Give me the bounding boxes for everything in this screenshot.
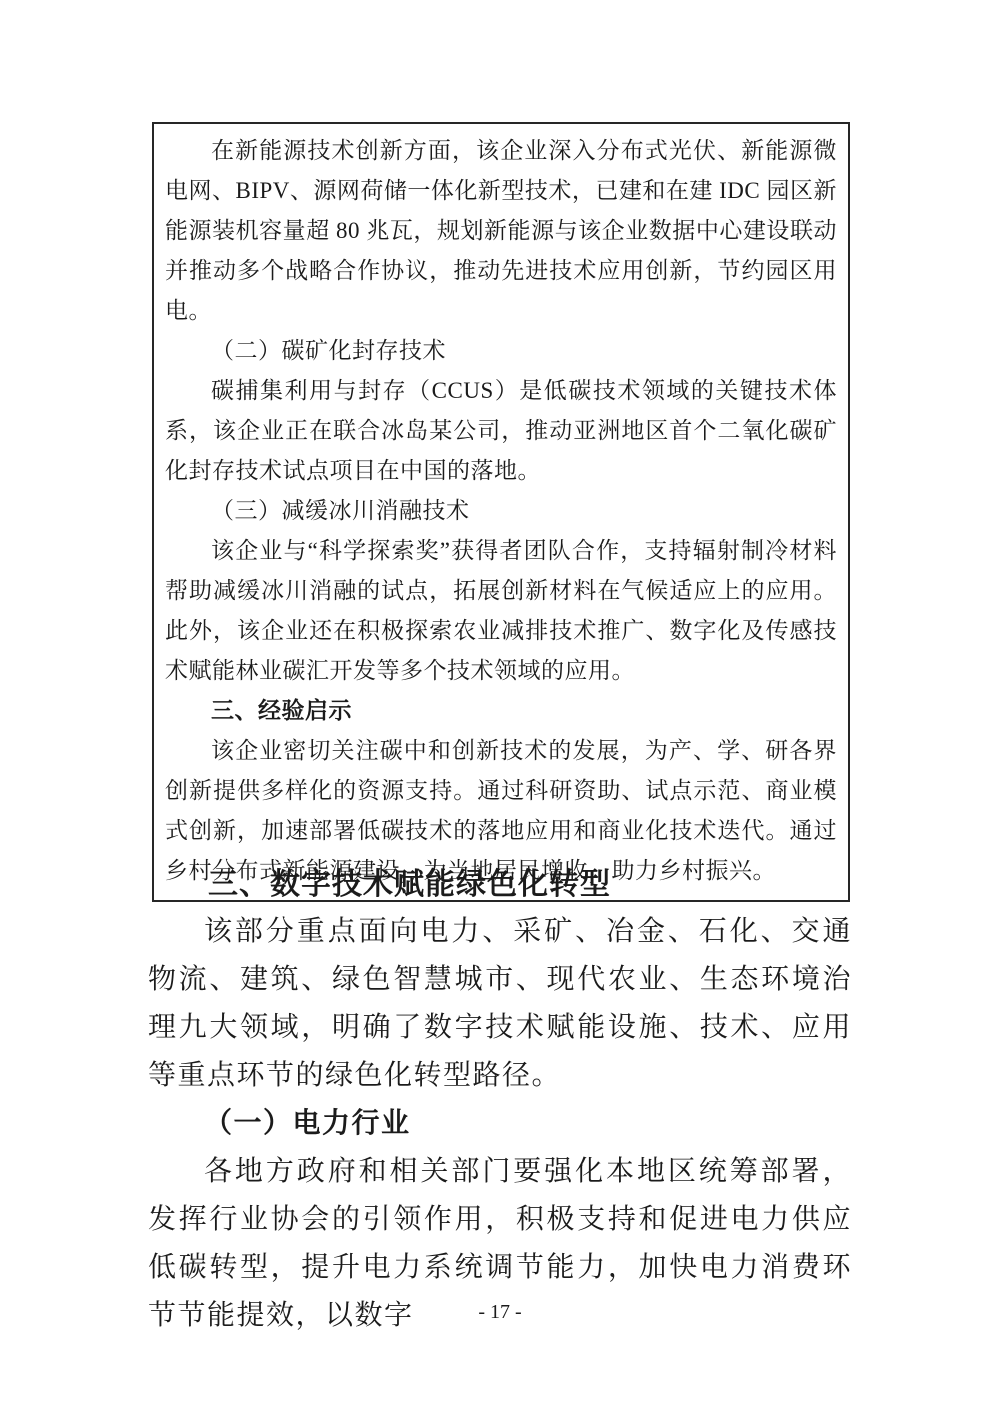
case-study-callout-box: 在新能源技术创新方面，该企业深入分布式光伏、新能源微电网、BIPV、源网荷储一体… bbox=[152, 122, 850, 902]
callout-subheading-glacier-melt: （三）减缓冰川消融技术 bbox=[165, 491, 837, 531]
page-number: - 17 - bbox=[0, 1297, 1000, 1327]
callout-paragraph-new-energy: 在新能源技术创新方面，该企业深入分布式光伏、新能源微电网、BIPV、源网荷储一体… bbox=[165, 131, 837, 331]
callout-heading-experience-insights: 三、经验启示 bbox=[165, 691, 837, 731]
section-heading-digital-green-transition: 三、数字技术赋能绿色化转型 bbox=[148, 862, 852, 908]
subsection-heading-power-industry: （一）电力行业 bbox=[148, 1100, 852, 1148]
paragraph-nine-key-fields: 该部分重点面向电力、采矿、冶金、石化、交通物流、建筑、绿色智慧城市、现代农业、生… bbox=[148, 908, 852, 1100]
callout-subheading-carbon-mineralization: （二）碳矿化封存技术 bbox=[165, 331, 837, 371]
callout-paragraph-glacier-pilot: 该企业与“科学探索奖”获得者团队合作，支持辐射制冷材料帮助减缓冰川消融的试点，拓… bbox=[165, 531, 837, 691]
document-page: 在新能源技术创新方面，该企业深入分布式光伏、新能源微电网、BIPV、源网荷储一体… bbox=[0, 0, 1000, 1414]
callout-paragraph-ccus: 碳捕集利用与封存（CCUS）是低碳技术领域的关键技术体系，该企业正在联合冰岛某公… bbox=[165, 371, 837, 491]
main-body-section: 三、数字技术赋能绿色化转型 该部分重点面向电力、采矿、冶金、石化、交通物流、建筑… bbox=[148, 848, 852, 1340]
